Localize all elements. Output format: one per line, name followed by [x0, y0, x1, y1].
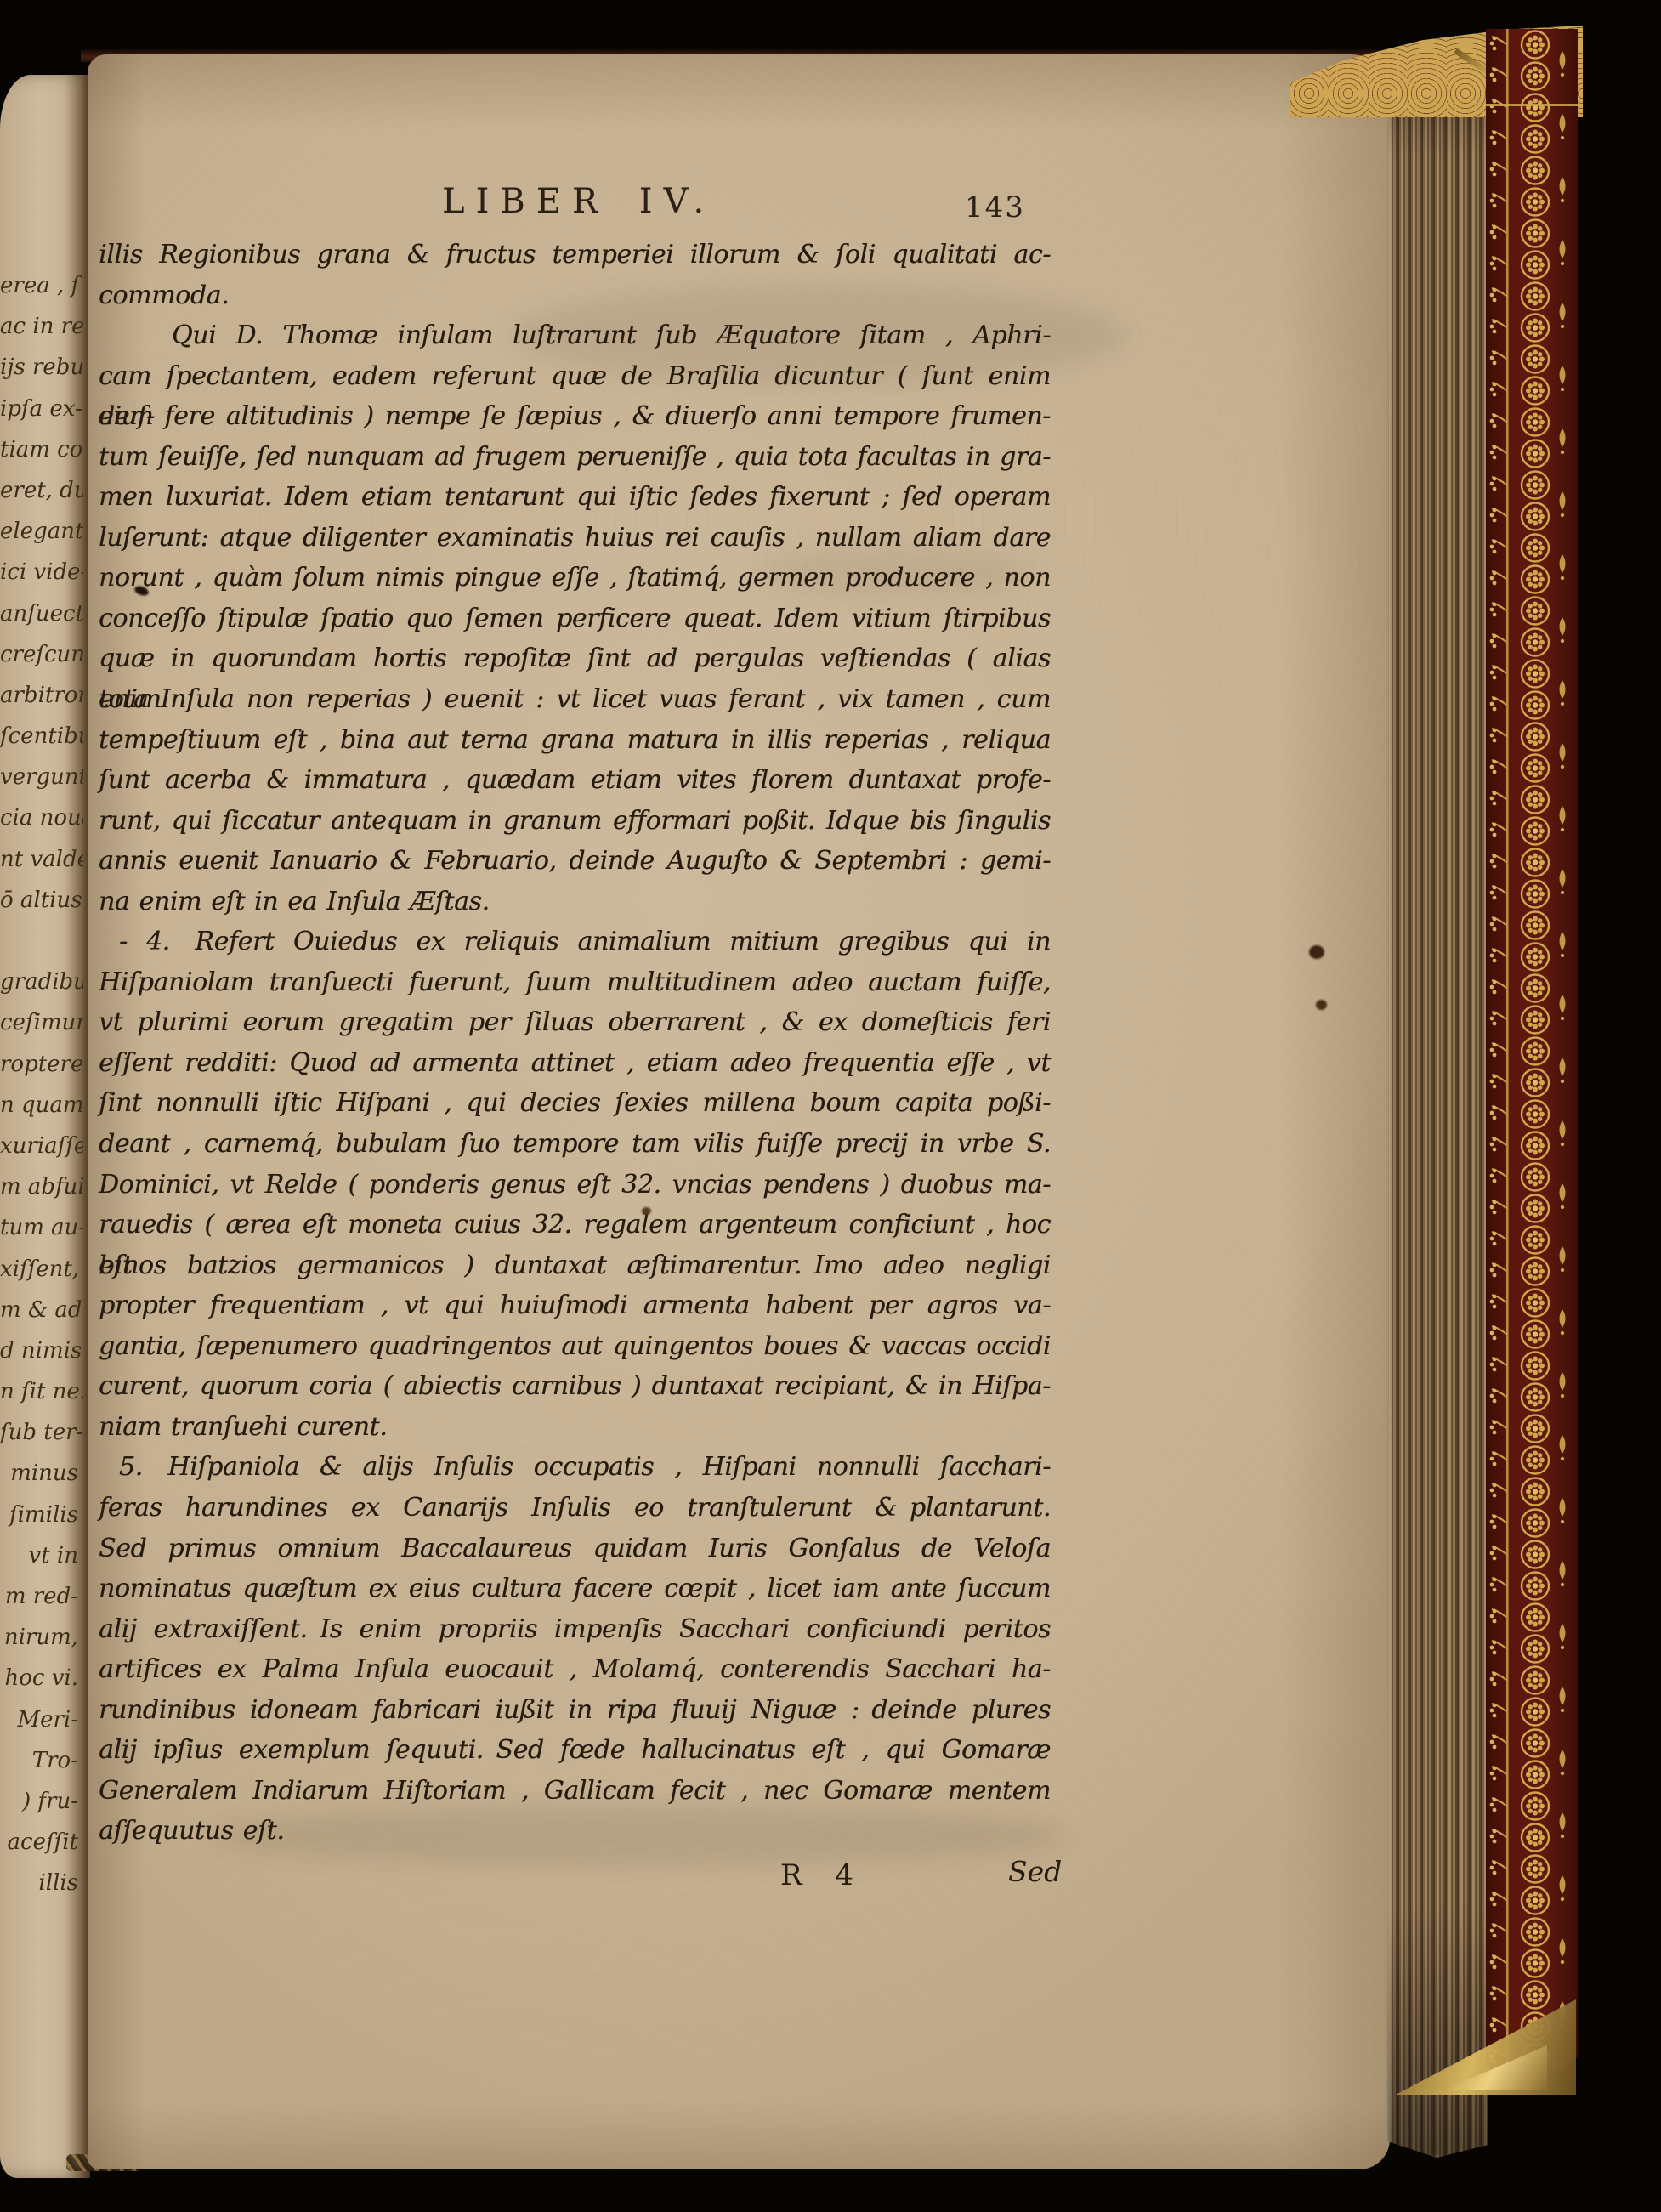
margin-fragment: Tro-: [0, 1740, 83, 1781]
text-line: luſerunt: atque diligenter examinatis hu…: [99, 518, 1051, 559]
margin-fragment: ſub ter-: [0, 1412, 83, 1453]
text-line: tum ſeuiſſe, ſed nunquam ad frugem perue…: [99, 437, 1051, 478]
margin-fragment: elegante: [0, 511, 83, 552]
margin-fragment: ijs rebus: [0, 347, 83, 388]
text-line: tota Inſula non reperias ) euenit : vt l…: [99, 679, 1051, 720]
margin-fragment: erea , ſ: [0, 265, 83, 306]
gilt-leather-band: [1486, 29, 1578, 2095]
page: LIBER IV. 143 illis Regionibus grana & f…: [88, 54, 1390, 2169]
margin-fragment: creſcunt,: [0, 634, 83, 675]
text-line: deant , carnemq́, bubulam ſuo tempore ta…: [99, 1124, 1051, 1165]
text-line: Sed primus omnium Baccalaureus quidam Iu…: [99, 1529, 1051, 1569]
text-line: runt, qui ſiccatur antequam in granum ef…: [99, 801, 1051, 842]
margin-fragment: ) fru-: [0, 1781, 83, 1822]
text-line: eſſent redditi: Quod ad armenta attinet …: [99, 1043, 1051, 1084]
margin-fragment: arbitror: [0, 675, 83, 716]
text-line: conceſſo ſtipulæ ſpatio quo ſemen perfic…: [99, 598, 1051, 639]
signature-mark: R 4: [780, 1858, 853, 1892]
text-line: 5. Hiſpaniola & alijs Inſulis occupatis …: [99, 1447, 1051, 1488]
text-line: Dominici, vt Relde ( ponderis genus eſt …: [99, 1165, 1051, 1205]
text-line: dem fere altitudinis ) nempe ſe ſæpius ,…: [99, 396, 1051, 437]
margin-fragment: n quam: [0, 1085, 83, 1126]
body-text: illis Regionibus grana & fructus temperi…: [99, 235, 1051, 1852]
margin-fragment: ipſa ex-: [0, 389, 83, 429]
margin-fragment: vergunt,: [0, 757, 83, 797]
text-line: artifices ex Palma Inſula euocauit , Mol…: [99, 1649, 1051, 1690]
text-line: rundinibus idoneam fabricari iußit in ri…: [99, 1690, 1051, 1731]
margin-fragment: d nimis: [0, 1330, 83, 1371]
margin-fragment: hoc vi.: [0, 1658, 83, 1699]
text-line: propter frequentiam , vt qui huiuſmodi a…: [99, 1285, 1051, 1326]
text-line: men luxuriat. Idem etiam tentarunt qui i…: [99, 477, 1051, 518]
text-line: ſunt acerba & immatura , quædam etiam vi…: [99, 760, 1051, 801]
text-line: Hiſpaniolam tranſuecti fuerunt, ſuum mul…: [99, 962, 1051, 1003]
margin-fragment: minus: [0, 1453, 83, 1494]
margin-fragment: illis: [0, 1863, 83, 1903]
margin-fragment: cia noua: [0, 797, 83, 838]
margin-fragment: ici vide-: [0, 552, 83, 593]
text-line: Qui D. Thomæ inſulam luſtrarunt ſub Æqua…: [99, 315, 1051, 356]
gold-tooling-pattern: [1486, 29, 1578, 2095]
text-line: Generalem Indiarum Hiſtoriam , Gallicam …: [99, 1771, 1051, 1812]
page-number: 143: [965, 190, 1025, 224]
margin-fragment: ſcentibus: [0, 716, 83, 757]
text-line: feras harundines ex Canarijs Inſulis eo …: [99, 1488, 1051, 1529]
book-photo: erea , ſac in re-ijs rebusipſa ex-tiam c…: [0, 0, 1661, 2212]
margin-fragment: ceſimum: [0, 1002, 83, 1043]
margin-fragment: ō altius: [0, 880, 83, 921]
text-line: tempeſtiuum eſt , bina aut terna grana m…: [99, 720, 1051, 761]
text-line: ſint nonnulli iſtic Hiſpani , qui decies…: [99, 1083, 1051, 1124]
margin-fragment: tiam co-: [0, 429, 83, 470]
foxing-spot: [1309, 945, 1324, 959]
text-line: gantia, ſæpenumero quadringentos aut qui…: [99, 1326, 1051, 1367]
text-line: cam ſpectantem, eadem referunt quæ de Br…: [99, 356, 1051, 397]
margin-fragment: ropterea: [0, 1044, 83, 1085]
catchword: Sed: [1008, 1855, 1062, 1888]
margin-fragment: xuriaſſe: [0, 1126, 83, 1166]
margin-fragment: xiſſent,: [0, 1249, 83, 1290]
text-line: alij ipſius exemplum ſequuti. Sed fœde h…: [99, 1730, 1051, 1771]
margin-fragment: anſuecti: [0, 593, 83, 634]
text-line: na enim eſt in ea Inſula Æſtas.: [99, 882, 1051, 922]
text-line: aſſequutus eſt.: [99, 1811, 1051, 1852]
text-line: annis euenit Ianuario & Februario, deind…: [99, 841, 1051, 882]
margin-fragment: ac in re-: [0, 306, 83, 347]
text-line: illis Regionibus grana & fructus temperi…: [99, 235, 1051, 275]
margin-fragment: tum au-: [0, 1207, 83, 1248]
margin-fragment: nt valde: [0, 839, 83, 880]
text-line: nominatus quæſtum ex eius cultura facere…: [99, 1568, 1051, 1609]
left-edge-fragments: erea , ſac in re-ijs rebusipſa ex-tiam c…: [0, 265, 83, 1904]
text-line: commoda.: [99, 275, 1051, 316]
margin-fragment: m red-: [0, 1576, 83, 1617]
margin-fragment: nirum,: [0, 1617, 83, 1658]
fore-edge-leaves: [1386, 48, 1488, 2158]
margin-fragment: ſimilis: [0, 1495, 83, 1535]
margin-fragment: aceſſit: [0, 1822, 83, 1863]
text-line: curent, quorum coria ( abiectis carnibus…: [99, 1366, 1051, 1407]
text-line: quæ in quorundam hortis repoſitæ ſint ad…: [99, 638, 1051, 679]
foxing-spot: [1316, 1000, 1327, 1010]
margin-fragment: m abfuit: [0, 1166, 83, 1207]
margin-fragment: vt in: [0, 1535, 83, 1576]
margin-fragment: m & ad: [0, 1290, 83, 1330]
text-line: - 4. Refert Ouiedus ex reliquis animaliu…: [99, 922, 1051, 962]
running-header: LIBER IV.: [442, 182, 731, 221]
text-line: vt plurimi eorum gregatim per ſiluas obe…: [99, 1002, 1051, 1043]
text-line: rauedis ( ærea eſt moneta cuius 32. rega…: [99, 1205, 1051, 1245]
text-line: niam tranſuehi curent.: [99, 1407, 1051, 1448]
text-line: binos batzios germanicos ) duntaxat æſti…: [99, 1245, 1051, 1286]
margin-fragment: eret, du-: [0, 470, 83, 511]
margin-fragment: Meri-: [0, 1699, 83, 1740]
margin-fragment: [0, 921, 83, 961]
margin-fragment: n ſit ne.: [0, 1371, 83, 1412]
margin-fragment: gradibus: [0, 961, 83, 1002]
text-line: norunt , quàm ſolum nimis pingue eſſe , …: [99, 558, 1051, 598]
text-line: alij extraxiſſent. Is enim propriis impe…: [99, 1609, 1051, 1650]
left-page-edge: erea , ſac in re-ijs rebusipſa ex-tiam c…: [0, 75, 90, 2178]
